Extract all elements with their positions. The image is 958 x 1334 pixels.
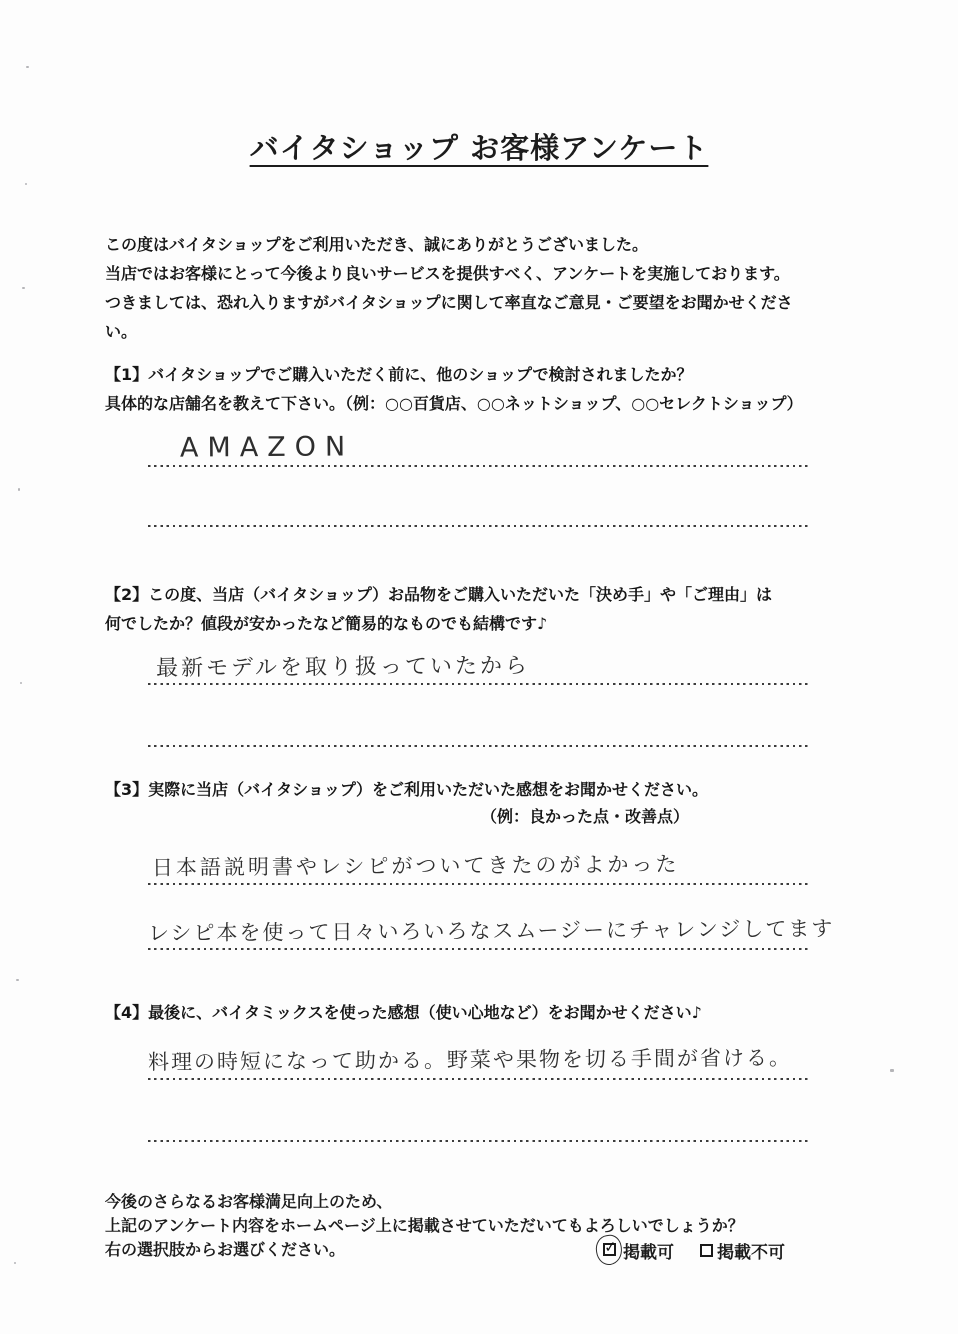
option-publish-no-label: 掲載不可 (717, 1238, 785, 1263)
scan-speck (18, 488, 20, 491)
question-1-line-1: 【1】バイタショップでご購入いただく前に、他のショップで検討されましたか？ (105, 360, 803, 389)
consent-options: ✓ 掲載可 掲載不可 (600, 1238, 785, 1263)
footer-line-1: 今後のさらなるお客様満足向上のため、 (105, 1190, 744, 1214)
option-publish-ok[interactable]: ✓ 掲載可 (600, 1238, 674, 1263)
handwritten-answer-3a: 日本語説明書やレシピがついてきたのがよかった (152, 848, 680, 882)
question-2-line-1: 【2】この度、当店（バイタショップ）お品物をご購入いただいた「決め手」や「ご理由… (105, 580, 772, 609)
scan-speck (20, 682, 22, 684)
intro-line-2: 当店ではお客様にとって今後より良いサービスを提供すべく、アンケートを実施しており… (105, 259, 793, 288)
option-publish-no[interactable]: 掲載不可 (700, 1238, 785, 1263)
intro-line-1: この度はバイタショップをご利用いただき、誠にありがとうございました。 (105, 230, 793, 259)
scan-speck (22, 287, 25, 289)
question-1-line-2: 具体的な店舗名を教えて下さい。（例：○○百貨店、○○ネットショップ、○○セレクト… (105, 389, 803, 418)
question-3-example: （例：良かった点・改善点） (481, 802, 689, 831)
handwritten-answer-3b: レシピ本を使って日々いろいろなスムージーにチャレンジしてます (148, 913, 835, 948)
answer-line-1b (148, 524, 810, 527)
intro-line-4: い。 (105, 317, 793, 346)
scan-speck (890, 1069, 894, 1072)
question-3-line-1: 【3】実際に当店（バイタショップ）をご利用いただいた感想をお聞かせください。 (105, 775, 708, 804)
question-1: 【1】バイタショップでご購入いただく前に、他のショップで検討されましたか？ 具体… (105, 360, 803, 418)
option-publish-ok-label: 掲載可 (623, 1238, 674, 1263)
scan-speck (14, 1262, 16, 1264)
checkbox-publish-no-unchecked[interactable] (700, 1244, 713, 1257)
scan-speck (26, 66, 29, 68)
checkbox-publish-ok-checked[interactable]: ✓ (603, 1243, 616, 1256)
hand-drawn-circle-mark: ✓ (600, 1239, 619, 1262)
answer-line-3b (148, 947, 810, 950)
answer-line-2b (148, 744, 810, 747)
footer-line-2: 上記のアンケート内容をホームページ上に掲載させていただいてもよろしいでしょうか？ (105, 1214, 744, 1238)
question-4-line-1: 【4】最後に、バイタミックスを使った感想（使い心地など）をお聞かせください♪ (105, 998, 702, 1027)
answer-line-3a (148, 882, 810, 885)
page-title: バイタショップ お客様アンケート (0, 126, 958, 167)
handwritten-answer-2: 最新モデルを取り扱っていたから (156, 649, 530, 683)
scan-speck (25, 183, 27, 185)
scanned-survey-page: バイタショップ お客様アンケート この度はバイタショップをご利用いただき、誠にあ… (0, 0, 958, 1334)
answer-line-4a (148, 1077, 810, 1080)
answer-line-1a (148, 464, 810, 467)
answer-line-2a (148, 682, 810, 685)
handwritten-answer-4: 料理の時短になって助かる。野菜や果物を切る手間が省ける。 (148, 1042, 792, 1076)
handwritten-answer-1: AMAZON (180, 431, 354, 463)
question-3: 【3】実際に当店（バイタショップ）をご利用いただいた感想をお聞かせください。 (105, 775, 708, 804)
question-2: 【2】この度、当店（バイタショップ）お品物をご購入いただいた「決め手」や「ご理由… (105, 580, 772, 638)
check-icon: ✓ (603, 1237, 617, 1256)
answer-line-4b (148, 1139, 810, 1142)
intro-paragraph: この度はバイタショップをご利用いただき、誠にありがとうございました。 当店ではお… (105, 230, 793, 346)
question-4: 【4】最後に、バイタミックスを使った感想（使い心地など）をお聞かせください♪ (105, 998, 702, 1027)
question-2-line-2: 何でしたか？値段が安かったなど簡易的なものでも結構です♪ (105, 609, 772, 638)
intro-line-3: つきましては、恐れ入りますがバイタショップに関して率直なご意見・ご要望をお聞かせ… (105, 288, 793, 317)
scan-speck (16, 979, 19, 981)
